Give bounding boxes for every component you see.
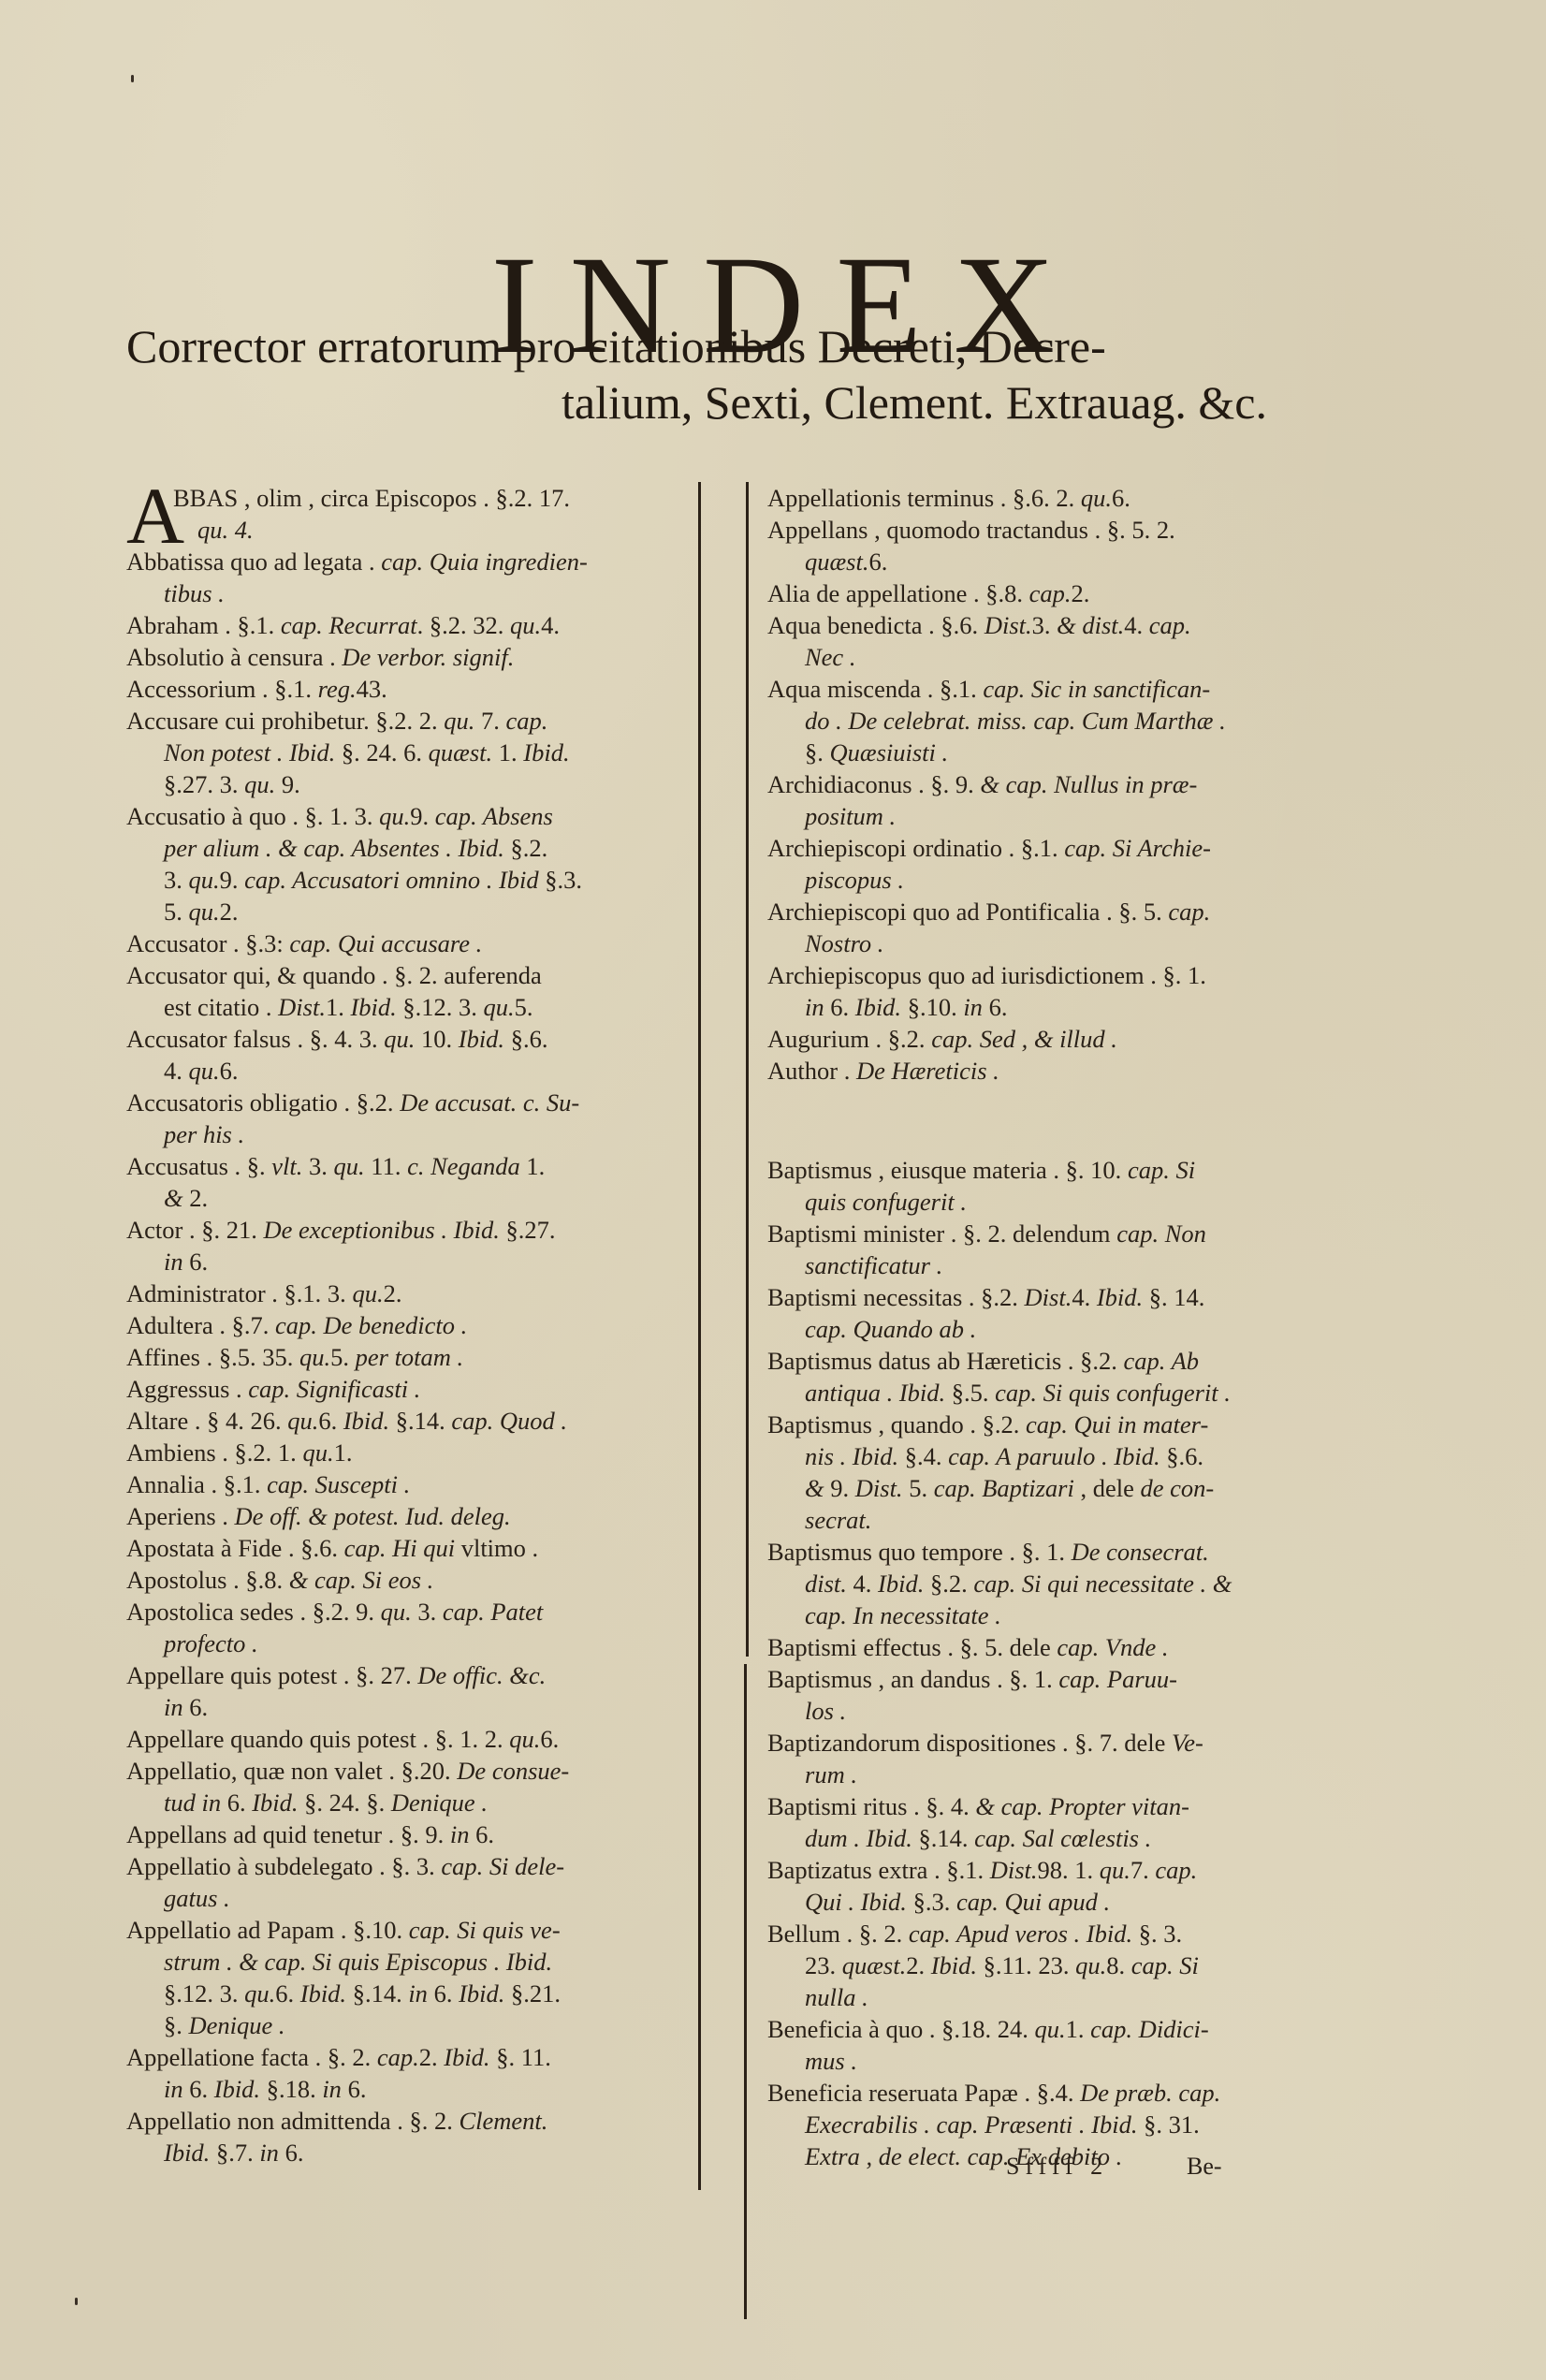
citation-roman: 4. — [1072, 1283, 1097, 1311]
entry-continuation: Execrabilis . cap. Præsenti . Ibid. §. 3… — [767, 2109, 1320, 2140]
signature-mark: Sffff 2 — [1006, 2153, 1108, 2181]
entry-headline: Aggressus . cap. Significasti . — [126, 1373, 688, 1405]
citation-italic: qu. — [287, 1407, 318, 1435]
citation-italic: Dist. — [855, 1474, 903, 1502]
index-entry: Aqua benedicta . §.6. Dist.3. & dist.4. … — [767, 609, 1320, 673]
citation-roman: §.14. — [346, 1979, 408, 2008]
entry-continuation: in 6. Ibid. §.10. in 6. — [767, 991, 1320, 1023]
entry-headline: Archiepiscopi quo ad Pontificalia . §. 5… — [767, 896, 1320, 927]
citation-italic: & cap. Si eos . — [289, 1566, 434, 1594]
citation-italic: & cap. Propter vitan- — [975, 1792, 1189, 1820]
index-entry: Aperiens . De off. & potest. Iud. deleg. — [126, 1500, 688, 1532]
citation-italic: per his . — [164, 1120, 244, 1148]
citation-roman: Aggressus . — [126, 1375, 248, 1403]
citation-italic: de con- — [1141, 1474, 1215, 1502]
citation-italic: Ibid. — [444, 2043, 489, 2071]
citation-roman: vltimo . — [455, 1534, 538, 1562]
entry-continuation: Nec . — [767, 641, 1320, 673]
entry-headline: Actor . §. 21. De exceptionibus . Ibid. … — [126, 1214, 688, 1246]
citation-roman: 6. — [868, 548, 887, 576]
entry-continuation: rum . — [767, 1759, 1320, 1790]
citation-italic: cap. Absens — [435, 802, 553, 830]
index-entry: Baptismi effectus . §. 5. dele cap. Vnde… — [767, 1631, 1320, 1663]
index-entry: Apostolus . §.8. & cap. Si eos . — [126, 1564, 688, 1596]
citation-italic: De consecrat. — [1072, 1538, 1209, 1566]
citation-italic: Ibid. — [343, 1407, 389, 1435]
citation-italic: De offic. &c. — [417, 1661, 546, 1689]
ink-speck — [131, 75, 134, 82]
entry-continuation: in 6. Ibid. §.18. in 6. — [126, 2073, 688, 2105]
index-entry: Aggressus . cap. Significasti . — [126, 1373, 688, 1405]
section-gap — [767, 1087, 1320, 1154]
entry-continuation: nis . Ibid. §.4. cap. A paruulo . Ibid. … — [767, 1440, 1320, 1472]
index-entry: Accusatoris obligatio . §.2. De accusat.… — [126, 1087, 688, 1150]
citation-roman: . §.2. 32. — [417, 611, 510, 639]
index-entry: Appellans ad quid tenetur . §. 9. in 6. — [126, 1818, 688, 1850]
entry-continuation: in 6. — [126, 1246, 688, 1278]
citation-roman: 98. 1. — [1038, 1856, 1100, 1884]
citation-italic: qu. — [189, 866, 220, 894]
citation-italic: qu. — [189, 1057, 220, 1085]
index-entry: Augurium . §.2. cap. Sed , & illud . — [767, 1023, 1320, 1055]
entry-headline: Baptismus , quando . §.2. cap. Qui in ma… — [767, 1409, 1320, 1440]
citation-italic: Execrabilis . cap. Præsenti . Ibid. — [805, 2110, 1138, 2139]
index-entry: Actor . §. 21. De exceptionibus . Ibid. … — [126, 1214, 688, 1278]
entry-continuation: per alium . & cap. Absentes . Ibid. §.2. — [126, 832, 688, 864]
citation-italic: in — [322, 2075, 342, 2103]
citation-roman: Bellum . §. 2. — [767, 1920, 909, 1948]
entry-headline: Accusare cui prohibetur. §.2. 2. qu. 7. … — [126, 705, 688, 737]
citation-roman: 9. — [220, 866, 245, 894]
entry-headline: Baptizandorum dispositiones . §. 7. dele… — [767, 1727, 1320, 1759]
entry-continuation: dist. 4. Ibid. §.2. cap. Si qui necessit… — [767, 1568, 1320, 1599]
entry-headline: Absolutio à censura . De verbor. signif. — [126, 641, 688, 673]
citation-roman: Archiepiscopi ordinatio . §.1. — [767, 834, 1064, 862]
citation-roman: §.12. 3. — [164, 1979, 244, 2008]
citation-italic: do . De celebrat. miss. cap. Cum Marthæ … — [805, 707, 1226, 735]
citation-roman: 3. — [164, 866, 189, 894]
entry-headline: Alia de appellatione . §.8. cap.2. — [767, 577, 1320, 609]
citation-italic: cap. Si qui necessitate . & — [973, 1570, 1232, 1598]
citation-italic: cap. A paruulo . Ibid. — [948, 1442, 1159, 1470]
citation-italic: in — [164, 2075, 183, 2103]
entry-continuation: Non potest . Ibid. §. 24. 6. quæst. 1. I… — [126, 737, 688, 768]
index-entry: Apostata à Fide . §.6. cap. Hi qui vltim… — [126, 1532, 688, 1564]
citation-italic: gatus . — [164, 1884, 230, 1912]
citation-italic: qu. — [509, 1725, 540, 1753]
citation-roman: Baptismus , an dandus . §. 1. — [767, 1665, 1058, 1693]
entry-headline: Administrator . §.1. 3. qu.2. — [126, 1278, 688, 1309]
citation-roman: Appellationis terminus . §.6. 2. — [767, 484, 1081, 512]
citation-roman: Affines . §.5. 35. — [126, 1343, 299, 1371]
citation-italic: cap. — [506, 707, 548, 735]
index-entry: Archidiaconus . §. 9. & cap. Nullus in p… — [767, 768, 1320, 832]
citation-italic: Ibid. — [878, 1570, 924, 1598]
entry-headline: Apostata à Fide . §.6. cap. Hi qui vltim… — [126, 1532, 688, 1564]
citation-roman: Archiepiscopi quo ad Pontificalia . §. 5… — [767, 898, 1168, 926]
citation-italic: Ibid. — [459, 1979, 504, 2008]
citation-roman: Accusator . §.3: — [126, 929, 289, 957]
citation-italic: Ibid. — [931, 1951, 977, 1979]
citation-italic: cap. Suscepti . — [267, 1470, 410, 1498]
citation-italic: in — [259, 2139, 279, 2167]
citation-italic: cap. — [377, 2043, 419, 2071]
drop-cap: A — [126, 486, 184, 546]
citation-roman: 5. — [515, 993, 533, 1021]
citation-italic: antiqua . Ibid. — [805, 1379, 945, 1407]
citation-italic: cap. Apud veros . Ibid. — [909, 1920, 1132, 1948]
entry-continuation: secrat. — [767, 1504, 1320, 1536]
citation-roman: §.3. — [539, 866, 582, 894]
book-page: INDEX Corrector erratorum pro citationib… — [0, 0, 1546, 2380]
citation-italic: cap. In necessitate . — [805, 1601, 1001, 1629]
index-entry: Accusator falsus . §. 4. 3. qu. 10. Ibid… — [126, 1023, 688, 1087]
citation-roman: Archidiaconus . §. 9. — [767, 770, 980, 798]
citation-italic: cap. Si Archie- — [1064, 834, 1211, 862]
index-entry: Accusator qui, & quando . §. 2. auferend… — [126, 959, 688, 1023]
citation-roman: Archiepiscopus quo ad iurisdictionem . §… — [767, 961, 1206, 989]
citation-roman: Apostolica sedes . §.2. 9. — [126, 1598, 381, 1626]
citation-roman: Accusatoris obligatio . §.2. — [126, 1088, 400, 1117]
citation-roman: §.2. — [504, 834, 547, 862]
entry-continuation: §.27. 3. qu. 9. — [126, 768, 688, 800]
citation-italic: cap. Si — [1131, 1951, 1199, 1979]
entry-headline: Appellationis terminus . §.6. 2. qu.6. — [767, 482, 1320, 514]
entry-headline: Archiepiscopus quo ad iurisdictionem . §… — [767, 959, 1320, 991]
entry-headline: Beneficia reseruata Papæ . §.4. De præb.… — [767, 2077, 1320, 2109]
citation-italic: Dist. — [1025, 1283, 1072, 1311]
citation-roman: Baptismus datus ab Hæreticis . §.2. — [767, 1347, 1124, 1375]
index-entry: Alia de appellatione . §.8. cap.2. — [767, 577, 1320, 609]
citation-italic: De verbor. signif. — [342, 643, 514, 671]
citation-roman: 6. — [342, 2075, 367, 2103]
index-entry: Absolutio à censura . De verbor. signif. — [126, 641, 688, 673]
citation-roman: Baptizandorum dispositiones . §. 7. dele — [767, 1729, 1172, 1757]
citation-roman: 1. — [326, 993, 351, 1021]
citation-roman: 8. — [1106, 1951, 1131, 1979]
citation-roman: §. — [164, 2011, 189, 2039]
citation-roman: Appellatio, quæ non valet . §.20. — [126, 1757, 457, 1785]
citation-roman: §.18. — [260, 2075, 322, 2103]
citation-italic: Ibid. — [300, 1979, 346, 2008]
citation-italic: cap. Quia ingredien- — [381, 548, 588, 576]
index-entry: Administrator . §.1. 3. qu.2. — [126, 1278, 688, 1309]
entry-headline: Affines . §.5. 35. qu.5. per totam . — [126, 1341, 688, 1373]
entry-continuation: positum . — [767, 800, 1320, 832]
citation-italic: Denique . — [189, 2011, 285, 2039]
citation-roman: 6. — [824, 993, 855, 1021]
citation-roman: 6. — [540, 1725, 559, 1753]
entry-headline: Annalia . §.1. cap. Suscepti . — [126, 1468, 688, 1500]
citation-italic: cap. — [1149, 611, 1191, 639]
citation-roman: 6. — [183, 2075, 214, 2103]
citation-roman: §. 3. — [1132, 1920, 1182, 1948]
entry-continuation: los . — [767, 1695, 1320, 1727]
entry-headline: Appellatio ad Papam . §.10. cap. Si quis… — [126, 1914, 688, 1946]
citation-italic: qu. — [384, 1025, 415, 1053]
citation-roman: 2. — [1072, 579, 1090, 607]
citation-roman: BBAS , olim , circa Episcopos . §.2. 17. — [173, 484, 570, 512]
citation-roman: Aqua benedicta . §.6. — [767, 611, 984, 639]
citation-italic: cap. Qui apud . — [956, 1888, 1110, 1916]
entry-continuation: gatus . — [126, 1882, 688, 1914]
entry-headline: Baptismi necessitas . §.2. Dist.4. Ibid.… — [767, 1281, 1320, 1313]
index-entry: Appellatio à subdelegato . §. 3. cap. Si… — [126, 1850, 688, 1914]
citation-roman: 9. — [275, 770, 300, 798]
entry-headline: Accusatus . §. vlt. 3. qu. 11. c. Negand… — [126, 1150, 688, 1182]
page-subtitle: Corrector erratorum pro citationibus Dec… — [126, 318, 1273, 431]
entry-continuation: qu. 4. — [126, 514, 688, 546]
entry-continuation: strum . & cap. Si quis Episcopus . Ibid. — [126, 1946, 688, 1978]
entry-continuation: 5. qu.2. — [126, 896, 688, 927]
index-entry: Appellatio ad Papam . §.10. cap. Si quis… — [126, 1914, 688, 2041]
index-entry: Appellatio, quæ non valet . §.20. De con… — [126, 1755, 688, 1818]
citation-roman: 1. — [492, 738, 523, 767]
entry-continuation: in 6. — [126, 1691, 688, 1723]
entry-headline: Appellans , quomodo tractandus . §. 5. 2… — [767, 514, 1320, 546]
citation-roman: §. 31. — [1138, 2110, 1200, 2139]
citation-italic: cap. Didici- — [1090, 2015, 1209, 2043]
citation-roman: Aqua miscenda . §.1. — [767, 675, 983, 703]
citation-italic: cap. Sed , & illud . — [931, 1025, 1117, 1053]
index-entry: Appellare quis potest . §. 27. De offic.… — [126, 1659, 688, 1723]
index-entry: Adultera . §.7. cap. De benedicto . — [126, 1309, 688, 1341]
citation-roman: §.2. — [924, 1570, 973, 1598]
citation-roman: 6. — [470, 1820, 495, 1848]
citation-roman: §.11. 23. — [977, 1951, 1075, 1979]
entry-headline: Aqua miscenda . §.1. cap. Sic in sanctif… — [767, 673, 1320, 705]
citation-italic: Ibid. — [214, 2075, 260, 2103]
citation-italic: in — [963, 993, 983, 1021]
citation-roman: §.12. 3. — [397, 993, 484, 1021]
citation-roman: §.14. — [912, 1824, 974, 1852]
citation-italic: De consue- — [457, 1757, 569, 1785]
citation-roman: 2. — [419, 2043, 445, 2071]
index-entry: Altare . § 4. 26. qu.6. Ibid. §.14. cap.… — [126, 1405, 688, 1437]
index-entry: Ambiens . §.2. 1. qu.1. — [126, 1437, 688, 1468]
index-entry: Baptismus , an dandus . §. 1. cap. Paruu… — [767, 1663, 1320, 1727]
index-column-left: ABBAS , olim , circa Episcopos . §.2. 17… — [126, 482, 688, 2168]
citation-roman: Accusatus . §. — [126, 1152, 271, 1180]
subtitle-line-2: talium, Sexti, Clement. Extrauag. &c. — [126, 374, 1273, 431]
citation-roman: 5. — [330, 1343, 356, 1371]
citation-italic: cap. Vnde . — [1057, 1633, 1168, 1661]
entry-headline: Baptismi ritus . §. 4. & cap. Propter vi… — [767, 1790, 1320, 1822]
citation-italic: qu. — [381, 1598, 412, 1626]
citation-roman: Appellatio ad Papam . §.10. — [126, 1916, 409, 1944]
citation-italic: qu. — [1075, 1951, 1106, 1979]
citation-italic: Denique . — [391, 1789, 488, 1817]
citation-italic: tibus . — [164, 579, 225, 607]
citation-roman: Baptismi necessitas . §.2. — [767, 1283, 1025, 1311]
citation-roman: Author . — [767, 1057, 856, 1085]
entry-continuation: §. Quæsiuisti . — [767, 737, 1320, 768]
entry-headline: Appellatio non admittenda . §. 2. Clemen… — [126, 2105, 688, 2137]
citation-roman: 4. — [164, 1057, 189, 1085]
right-inner-rule-lower — [744, 1664, 747, 2319]
citation-roman: §.27. — [500, 1216, 556, 1244]
citation-roman: Accusator falsus . §. 4. 3. — [126, 1025, 384, 1053]
citation-italic: qu. — [244, 1979, 275, 2008]
citation-italic: Nec . — [805, 643, 855, 671]
citation-italic: De præb. cap. — [1080, 2079, 1220, 2107]
citation-roman: Apostata à Fide . §.6. — [126, 1534, 344, 1562]
citation-italic: Ibid. — [855, 993, 901, 1021]
citation-italic: Dist. — [278, 993, 326, 1021]
citation-italic: per totam . — [356, 1343, 464, 1371]
citation-roman: 6. — [983, 993, 1008, 1021]
citation-italic: Ibid. — [523, 738, 569, 767]
index-entry: Appellatio non admittenda . §. 2. Clemen… — [126, 2105, 688, 2168]
index-entry: Baptismus , quando . §.2. cap. Qui in ma… — [767, 1409, 1320, 1536]
citation-italic: nulla . — [805, 1983, 868, 2011]
citation-italic: qu. — [484, 993, 515, 1021]
entry-headline: Accusatoris obligatio . §.2. De accusat.… — [126, 1087, 688, 1118]
citation-roman: §.6. — [1160, 1442, 1203, 1470]
citation-roman: Appellans , quomodo tractandus . §. 5. 2… — [767, 516, 1175, 544]
citation-roman: 11. — [365, 1152, 407, 1180]
citation-roman: 43. — [357, 675, 387, 703]
entry-continuation: 3. qu.9. cap. Accusatori omnino . Ibid §… — [126, 864, 688, 896]
citation-italic: qu. — [1035, 2015, 1066, 2043]
entry-headline: Archidiaconus . §. 9. & cap. Nullus in p… — [767, 768, 1320, 800]
citation-roman: 6. — [183, 1693, 209, 1721]
entry-continuation: §.12. 3. qu.6. Ibid. §.14. in 6. Ibid. §… — [126, 1978, 688, 2009]
citation-italic: strum . & cap. Si quis Episcopus . Ibid. — [164, 1948, 552, 1976]
citation-italic: Ibid. — [252, 1789, 298, 1817]
index-entry: Appellationis terminus . §.6. 2. qu.6. — [767, 482, 1320, 514]
citation-italic: qu. 4. — [197, 516, 254, 544]
citation-roman: Accusare cui prohibetur. §.2. 2. — [126, 707, 444, 735]
index-entry: Accusare cui prohibetur. §.2. 2. qu. 7. … — [126, 705, 688, 800]
index-entry: Appellans , quomodo tractandus . §. 5. 2… — [767, 514, 1320, 577]
citation-roman: Beneficia reseruata Papæ . §.4. — [767, 2079, 1080, 2107]
citation-roman: §. 24. 6. — [342, 738, 429, 767]
entry-continuation: tud in 6. Ibid. §. 24. §. Denique . — [126, 1787, 688, 1818]
citation-italic: & — [164, 1184, 189, 1212]
citation-italic: De exceptionibus . Ibid. — [263, 1216, 499, 1244]
citation-italic: qu. — [189, 898, 220, 926]
citation-italic: cap. Patet — [443, 1598, 543, 1626]
citation-italic: cap. Sic in sanctifican- — [983, 675, 1210, 703]
entry-headline: Appellare quis potest . §. 27. De offic.… — [126, 1659, 688, 1691]
index-entry: Archiepiscopi quo ad Pontificalia . §. 5… — [767, 896, 1320, 959]
citation-italic: & — [805, 1474, 830, 1502]
entry-headline: Baptismi effectus . §. 5. dele cap. Vnde… — [767, 1631, 1320, 1663]
citation-italic: rum . — [805, 1760, 857, 1789]
entry-headline: Ambiens . §.2. 1. qu.1. — [126, 1437, 688, 1468]
citation-roman: §.27. 3. — [164, 770, 244, 798]
citation-italic: Ibid. — [164, 2139, 210, 2167]
citation-roman: §.5. — [945, 1379, 995, 1407]
index-entry: Baptizandorum dispositiones . §. 7. dele… — [767, 1727, 1320, 1790]
entry-continuation: & 2. — [126, 1182, 688, 1214]
citation-italic: cap. Quod . — [451, 1407, 567, 1435]
citation-italic: Qui . Ibid. — [805, 1888, 907, 1916]
citation-italic: quis confugerit . — [805, 1188, 967, 1216]
citation-roman: 6. — [275, 1979, 300, 2008]
citation-italic: in — [408, 1979, 428, 2008]
citation-roman: Appellatione facta . §. 2. — [126, 2043, 377, 2071]
index-entry: ABBAS , olim , circa Episcopos . §.2. 17… — [126, 482, 688, 546]
entry-headline: Abraham . §.1. cap. Recurrat. §.2. 32. q… — [126, 609, 688, 641]
index-entry: Accusatio à quo . §. 1. 3. qu.9. cap. Ab… — [126, 800, 688, 927]
citation-italic: qu. — [352, 1279, 383, 1307]
citation-roman: Baptismi effectus . §. 5. dele — [767, 1633, 1057, 1661]
citation-italic: quæst. — [429, 738, 492, 767]
citation-italic: Ibid. — [1097, 1283, 1143, 1311]
entry-headline: Baptismus , eiusque materia . §. 10. cap… — [767, 1154, 1320, 1186]
citation-roman: Accessorium . §.1. — [126, 675, 318, 703]
index-entry: Baptismi necessitas . §.2. Dist.4. Ibid.… — [767, 1281, 1320, 1345]
citation-italic: cap. Si quis ve- — [409, 1916, 561, 1944]
citation-italic: Nostro . — [805, 929, 883, 957]
citation-italic: cap. De benedicto . — [275, 1311, 467, 1339]
entry-continuation: sanctificatur . — [767, 1249, 1320, 1281]
citation-roman: §. 24. §. — [299, 1789, 391, 1817]
citation-roman: 6. — [220, 1057, 239, 1085]
entry-headline: Accusator qui, & quando . §. 2. auferend… — [126, 959, 688, 991]
index-entry: Archiepiscopi ordinatio . §.1. cap. Si A… — [767, 832, 1320, 896]
citation-roman: 6. — [428, 1979, 459, 2008]
citation-roman: §. 11. — [490, 2043, 551, 2071]
entry-continuation: piscopus . — [767, 864, 1320, 896]
citation-roman: 4. — [1124, 611, 1149, 639]
citation-italic: De Hæreticis . — [856, 1057, 999, 1085]
index-entry: Aqua miscenda . §.1. cap. Sic in sanctif… — [767, 673, 1320, 768]
entry-headline: Accusator . §.3: cap. Qui accusare . — [126, 927, 688, 959]
citation-roman: Baptismus , eiusque materia . §. 10. — [767, 1156, 1128, 1184]
citation-roman: Administrator . §.1. 3. — [126, 1279, 352, 1307]
citation-roman: Baptismi ritus . §. 4. — [767, 1792, 975, 1820]
entry-continuation: do . De celebrat. miss. cap. Cum Marthæ … — [767, 705, 1320, 737]
citation-roman: §. — [805, 738, 830, 767]
citation-roman: 2. — [906, 1951, 931, 1979]
citation-roman: 10. — [415, 1025, 458, 1053]
index-entry: Archiepiscopus quo ad iurisdictionem . §… — [767, 959, 1320, 1023]
entry-continuation: quis confugerit . — [767, 1186, 1320, 1218]
citation-italic: los . — [805, 1697, 846, 1725]
index-entry: Baptismus quo tempore . §. 1. De consecr… — [767, 1536, 1320, 1631]
citation-italic: qu. — [334, 1152, 365, 1180]
citation-roman: Abraham . §.1. — [126, 611, 281, 639]
index-entry: Accessorium . §.1. reg.43. — [126, 673, 688, 705]
citation-roman: 4. — [847, 1570, 878, 1598]
citation-italic: qu. — [299, 1343, 330, 1371]
entry-continuation: quæst.6. — [767, 546, 1320, 577]
entry-headline: Appellans ad quid tenetur . §. 9. in 6. — [126, 1818, 688, 1850]
citation-italic: cap. Si — [1128, 1156, 1195, 1184]
citation-italic: cap. Qui accusare . — [289, 929, 482, 957]
citation-roman: 6. — [221, 1789, 252, 1817]
citation-roman: Accusatio à quo . §. 1. 3. — [126, 802, 379, 830]
citation-italic: cap. — [1029, 579, 1072, 607]
citation-roman: 5. — [903, 1474, 934, 1502]
entry-continuation: mus . — [767, 2045, 1320, 2077]
entry-headline: Abbatissa quo ad legata . cap. Quia ingr… — [126, 546, 688, 577]
citation-roman: 5. — [164, 898, 189, 926]
citation-roman: Appellare quando quis potest . §. 1. 2. — [126, 1725, 509, 1753]
citation-italic: cap. Non — [1116, 1219, 1206, 1248]
citation-roman: Appellatio à subdelegato . §. 3. — [126, 1852, 441, 1880]
citation-roman: Appellans ad quid tenetur . §. 9. — [126, 1820, 450, 1848]
citation-roman: §. 14. — [1143, 1283, 1204, 1311]
index-entry: Affines . §.5. 35. qu.5. per totam . — [126, 1341, 688, 1373]
entry-headline: Appellatio à subdelegato . §. 3. cap. Si… — [126, 1850, 688, 1882]
citation-italic: qu. — [444, 707, 474, 735]
entry-headline: BBAS , olim , circa Episcopos . §.2. 17. — [126, 482, 688, 514]
citation-roman: 1. — [1066, 2015, 1091, 2043]
